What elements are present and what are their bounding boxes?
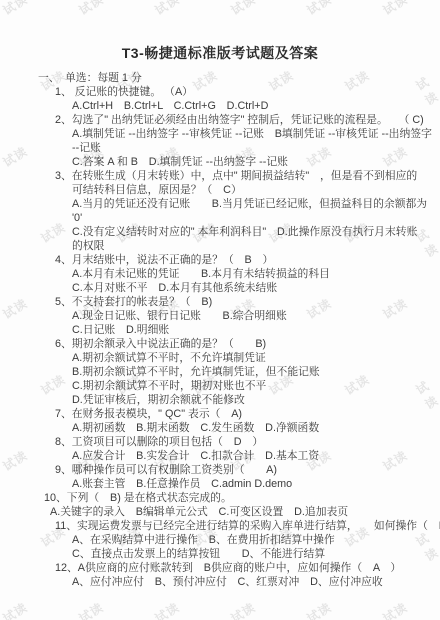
option-line: A.现金日记账、银行日记账 B.综合明细账: [0, 309, 440, 323]
document-content: T3-畅捷通标准版考试题及答案 一、 单选：每题 1 分1、 反记账的快捷键。 …: [0, 0, 440, 589]
exam-page: 试读试读试读试读试读试读试读试读试读试读试读试读试读试读试读试读试读试读试读试读…: [0, 0, 440, 620]
question-line: 4、月末结账中，说法不正确的是？（ B ）: [0, 253, 440, 267]
option-line: C.日记账 D.明细账: [0, 323, 440, 337]
option-line: A、在采购结算中进行操作 B、在费用折扣结算中操作: [0, 533, 440, 547]
option-line: A.Ctrl+H B.Ctrl+L C.Ctrl+G D.Ctrl+D: [0, 99, 440, 113]
question-line: 11、实现运费发票与已经完全进行结算的采购入库单进行结算， 如何操作（ D): [0, 519, 440, 533]
option-line: A.填制凭证 --出纳签字 --审核凭证 --记账 B填制凭证 --审核凭证 -…: [0, 127, 440, 141]
option-line: A.当月的凭证还没有记账 B.当月凭证已经记账，但损益科目的余额都为: [0, 197, 440, 211]
option-line: A.账套主管 B.任意操作员 C.admin D.demo: [0, 477, 440, 491]
question-line: 9、哪种操作员可以有权删除工资类别（ A): [0, 463, 440, 477]
option-line: A、应付冲应付 B、预付冲应付 C、红票对冲 D、应付冲应收: [0, 575, 440, 589]
option-line: C.本月对账不平 D.本月有其他系统未结账: [0, 281, 440, 295]
option-line: A.期初函数 B.期末函数 C.发生函数 D.净额函数: [0, 421, 440, 435]
watermark-text: 试读: [75, 598, 106, 620]
continuation-line: --记账: [0, 141, 440, 155]
continuation-line: 可结转科目信息，原因是？（ C）: [0, 183, 440, 197]
option-line: A.关键字的录入 B编辑单元公式 C.可变区设置 D.追加表页: [0, 505, 440, 519]
option-line: A.本月有未记账的凭证 B.本月有未结转损益的科目: [0, 267, 440, 281]
option-line: B.期初余额试算不平时，允许填制凭证，但不能记账: [0, 365, 440, 379]
watermark-text: 试读: [0, 598, 31, 620]
option-line: A.应发合计 B.实发合计 C.扣款合计 D.基本工资: [0, 449, 440, 463]
exam-body: 一、 单选：每题 1 分1、 反记账的快捷键。 （A）A.Ctrl+H B.Ct…: [0, 71, 440, 589]
question-line: 7、在财务报表模块，" QC" 表示（ A): [0, 407, 440, 421]
question-line: 2、勾选了" 出纳凭证必须经由出纳签字" 控制后，凭证记账的流程是。 （ C): [0, 113, 440, 127]
option-line: C、直接点击发票上的结算按钮 D、不能进行结算: [0, 547, 440, 561]
question-line: 8、工资项目可以删除的项目包括（ D ）: [0, 435, 440, 449]
question-line: 3、在转账生成（月末转账）中，点中" 期间损益结转" ，但是看不到相应的: [0, 169, 440, 183]
watermark-text: 试读: [303, 598, 334, 620]
question-line: 1、 反记账的快捷键。 （A）: [0, 85, 440, 99]
page-title: T3-畅捷通标准版考试题及答案: [0, 0, 440, 62]
question-line: 5、不支持套打的帐表是？（ B): [0, 295, 440, 309]
option-line: A.期初余额试算不平时，不允许填制凭证: [0, 351, 440, 365]
question-line: 10、下列（ B) 是在格式状态完成的。: [0, 491, 440, 505]
option-line: C.没有定义结转时对应的" 本年利润科目" D.此操作原没有执行月末转账: [0, 225, 440, 239]
watermark-text: 试读: [379, 598, 410, 620]
continuation-line: 的权限: [0, 239, 440, 253]
question-line: 12、A供应商的应付账款转到 B供应商的账户中，应如何操作（ A ）: [0, 561, 440, 575]
continuation-line: '0': [0, 211, 440, 225]
question-line: 6、期初余额录入中说法正确的是？（ B): [0, 337, 440, 351]
option-line: D.凭证审核后，期初余额就不能修改: [0, 393, 440, 407]
option-line: C.期初余额试算不平时，期初对账也不平: [0, 379, 440, 393]
option-line: C.答案 A 和 B D.填制凭证 --出纳签字 --记账: [0, 155, 440, 169]
section-line: 一、 单选：每题 1 分: [0, 71, 440, 85]
watermark-text: 试读: [151, 598, 182, 620]
watermark-text: 试读: [227, 598, 258, 620]
